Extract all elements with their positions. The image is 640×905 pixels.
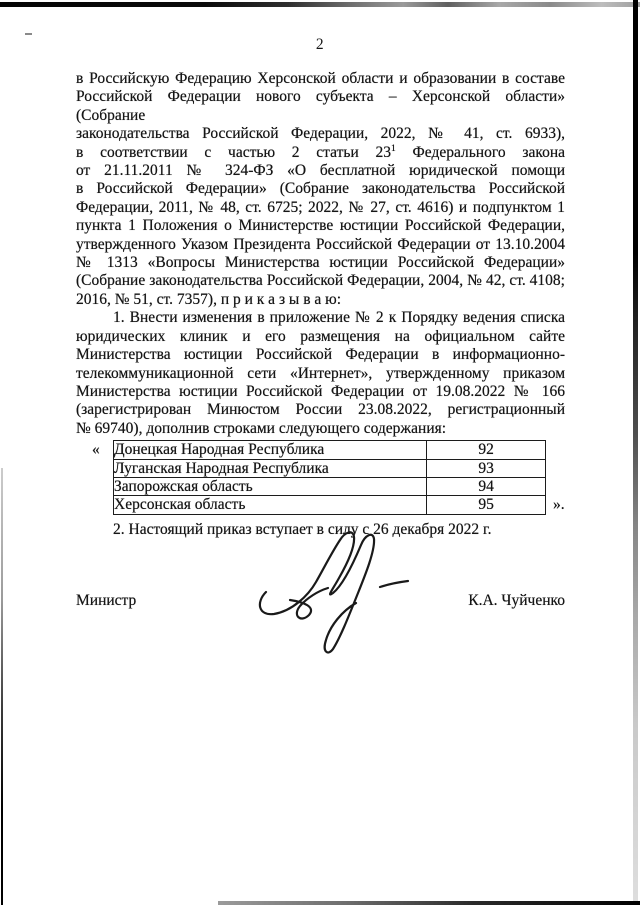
paragraph1-line: в Российскую Федерацию Херсонской област… — [76, 70, 565, 88]
superscript-article-index: 1 — [391, 144, 396, 154]
scan-artifact-top-edge — [0, 2, 640, 7]
closing-quote-mark: ». — [553, 496, 565, 514]
region-name-cell: Донецкая Народная Республика — [114, 441, 427, 459]
scan-artifact-speck — [25, 33, 32, 35]
paragraph1-line: Федерации, 2011, № 48, ст. 6725; 2022, №… — [76, 199, 565, 217]
paragraph2-line: телекоммуникационной сети «Интернет», ут… — [76, 365, 565, 383]
scan-artifact-left-edge — [1, 468, 3, 905]
text-after-superscript: Федерального закона — [413, 144, 565, 161]
opening-quote-mark: « — [92, 441, 100, 459]
table-row: Донецкая Народная Республика 92 — [114, 441, 546, 459]
paragraph1-line: от 21.11.2011 № 324-ФЗ «О бесплатной юри… — [76, 162, 565, 180]
paragraph1-line: в Российской Федерации» (Собрание законо… — [76, 180, 565, 198]
table-row: Запорожская область 94 — [114, 477, 546, 495]
page-number: 2 — [0, 36, 640, 54]
scan-artifact-right-edge — [633, 0, 638, 905]
signer-name: К.А. Чуйченко — [468, 592, 565, 610]
paragraph1-last-line: 2016, № 51, ст. 7357), п р и к а з ы в а… — [76, 291, 565, 309]
table-row: Луганская Народная Республика 93 — [114, 459, 546, 477]
paragraph1-line: (Собрание законодательства Российской Фе… — [76, 272, 565, 290]
signer-title: Министр — [76, 592, 136, 610]
region-name-cell: Луганская Народная Республика — [114, 459, 427, 477]
region-code-cell: 94 — [427, 477, 546, 495]
paragraph2-line: Министерства юстиции Российской Федераци… — [76, 346, 565, 364]
amendment-table-block: « Донецкая Народная Республика 92 Луганс… — [113, 440, 546, 515]
table-row: Херсонская область 95 — [114, 496, 546, 514]
region-name-cell: Запорожская область — [114, 477, 427, 495]
order-body-text: в Российскую Федерацию Херсонской област… — [76, 70, 565, 539]
paragraph2-line: юридических клиник и его размещения на о… — [76, 328, 565, 346]
region-code-cell: 92 — [427, 441, 546, 459]
paragraph1-line-superscript: в соответствии с частью 2 статьи 231 Фед… — [76, 144, 565, 162]
scan-artifact-bottom-edge — [218, 901, 640, 905]
region-code-cell: 93 — [427, 459, 546, 477]
text-before-superscript: в соответствии с частью 2 статьи 23 — [76, 144, 391, 161]
paragraph1-line: утвержденного Указом Президента Российск… — [76, 236, 565, 254]
region-name-cell: Херсонская область — [114, 496, 427, 514]
paragraph1-line: Российской Федерации нового субъекта – Х… — [76, 88, 565, 125]
paragraph1-line: № 1313 «Вопросы Министерства юстиции Рос… — [76, 254, 565, 272]
paragraph1-line: законодательства Российской Федерации, 2… — [76, 125, 565, 143]
regions-codes-table: Донецкая Народная Республика 92 Луганска… — [113, 440, 546, 515]
paragraph2-line: (зарегистрирован Минюстом России 23.08.2… — [76, 401, 565, 419]
minister-signature-autograph — [250, 528, 410, 660]
paragraph2-last-line: № 69740), дополнив строками следующего с… — [76, 420, 565, 438]
paragraph2-line: Министерства юстиции Российской Федераци… — [76, 383, 565, 401]
region-code-cell: 95 — [427, 496, 546, 514]
scanned-order-page: 2 в Российскую Федерацию Херсонской обла… — [0, 0, 640, 905]
paragraph1-line: пункта 1 Положения о Министерстве юстици… — [76, 217, 565, 235]
paragraph2-line: 1. Внести изменения в приложение № 2 к П… — [76, 309, 565, 327]
